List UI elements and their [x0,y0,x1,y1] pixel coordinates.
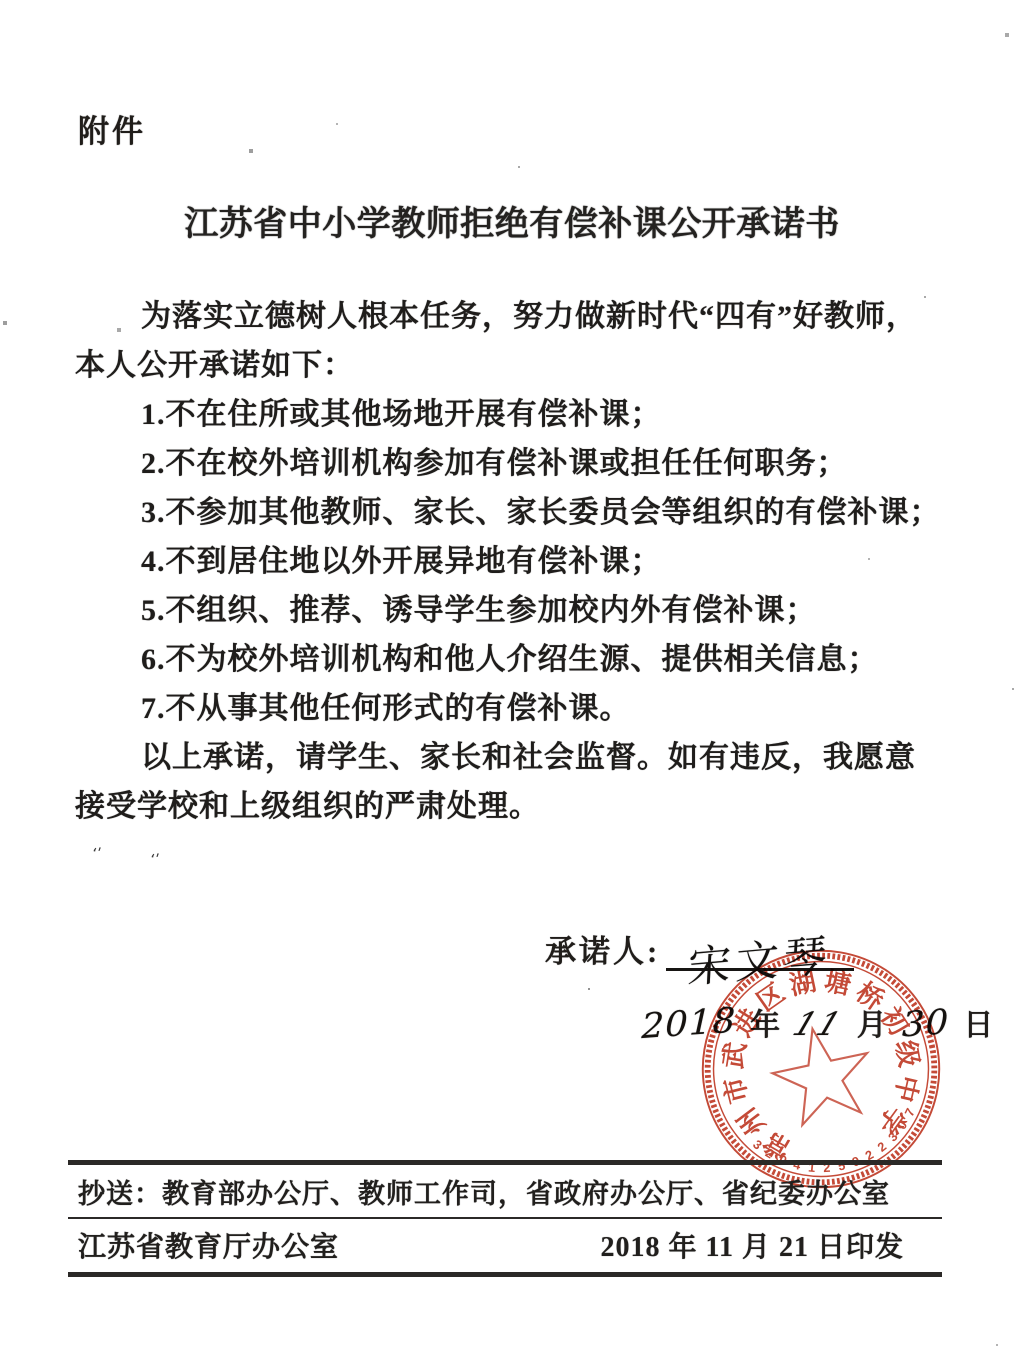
commitment-item-6: 6.不为校外培训机构和他人介绍生源、提供相关信息； [75,635,947,684]
commitment-item-2: 2.不在校外培训机构参加有偿补课或担任任何职务； [75,439,947,488]
commitment-item-5: 5.不组织、推荐、诱导学生参加校内外有偿补课； [75,586,947,635]
signatory-label: 承诺人: [545,934,660,969]
cc-line: 抄送：教育部办公厅、教师工作司，省政府办公厅、省纪委办公室 [68,1165,942,1217]
commitment-item-1: 1.不在住所或其他场地开展有偿补课； [75,390,947,439]
seal-star-icon [765,1019,879,1129]
ink-mark: ʻʹ [91,844,102,863]
closing-line-1: 以上承诺，请学生、家长和社会监督。如有违反，我愿意 [75,733,947,782]
svg-text:湖: 湖 [787,966,820,1001]
document-title: 江苏省中小学教师拒绝有偿补课公开承诺书 [0,196,1024,245]
scanned-document-page: 附件 江苏省中小学教师拒绝有偿补课公开承诺书 为落实立德树人根本任务，努力做新时… [0,0,1024,1369]
ink-mark: ʻʹ [149,850,160,869]
print-date: 2018 年 11 月 21 日印发 [601,1225,904,1265]
intro-line-1: 为落实立德树人根本任务，努力做新时代“四有”好教师， [75,292,947,341]
document-footer: 抄送：教育部办公厅、教师工作司，省政府办公厅、省纪委办公室 江苏省教育厅办公室 … [68,1160,942,1277]
svg-text:塘: 塘 [822,966,854,1001]
scan-specks [0,0,2,2]
svg-text:级: 级 [890,1038,924,1070]
footer-rule-bottom [68,1272,942,1277]
commitment-item-3: 3.不参加其他教师、家长、家长委员会等组织的有偿补课； [75,488,947,537]
footer-issuer-row: 江苏省教育厅办公室 2018 年 11 月 21 日印发 [68,1219,942,1272]
closing-line-2: 接受学校和上级组织的严肃处理。 [75,782,947,831]
svg-text:中: 中 [889,1073,924,1105]
issuer-office: 江苏省教育厅办公室 [78,1225,339,1265]
commitment-item-4: 4.不到居住地以外开展异地有偿补课； [75,537,947,586]
attachment-label: 附件 [78,106,146,151]
svg-text:市: 市 [718,1074,753,1107]
svg-text:2: 2 [875,1139,889,1154]
commitment-item-7: 7.不从事其他任何形式的有偿补课。 [75,684,947,733]
school-seal-stamp: 常州市武进区湖塘桥初级中学3204125922307 [694,942,948,1196]
day-label: 日 [963,1000,993,1044]
intro-line-2: 本人公开承诺如下： [75,341,947,390]
svg-text:武: 武 [718,1039,752,1070]
document-body: 为落实立德树人根本任务，努力做新时代“四有”好教师， 本人公开承诺如下： 1.不… [75,292,947,831]
svg-text:常: 常 [758,1125,796,1164]
